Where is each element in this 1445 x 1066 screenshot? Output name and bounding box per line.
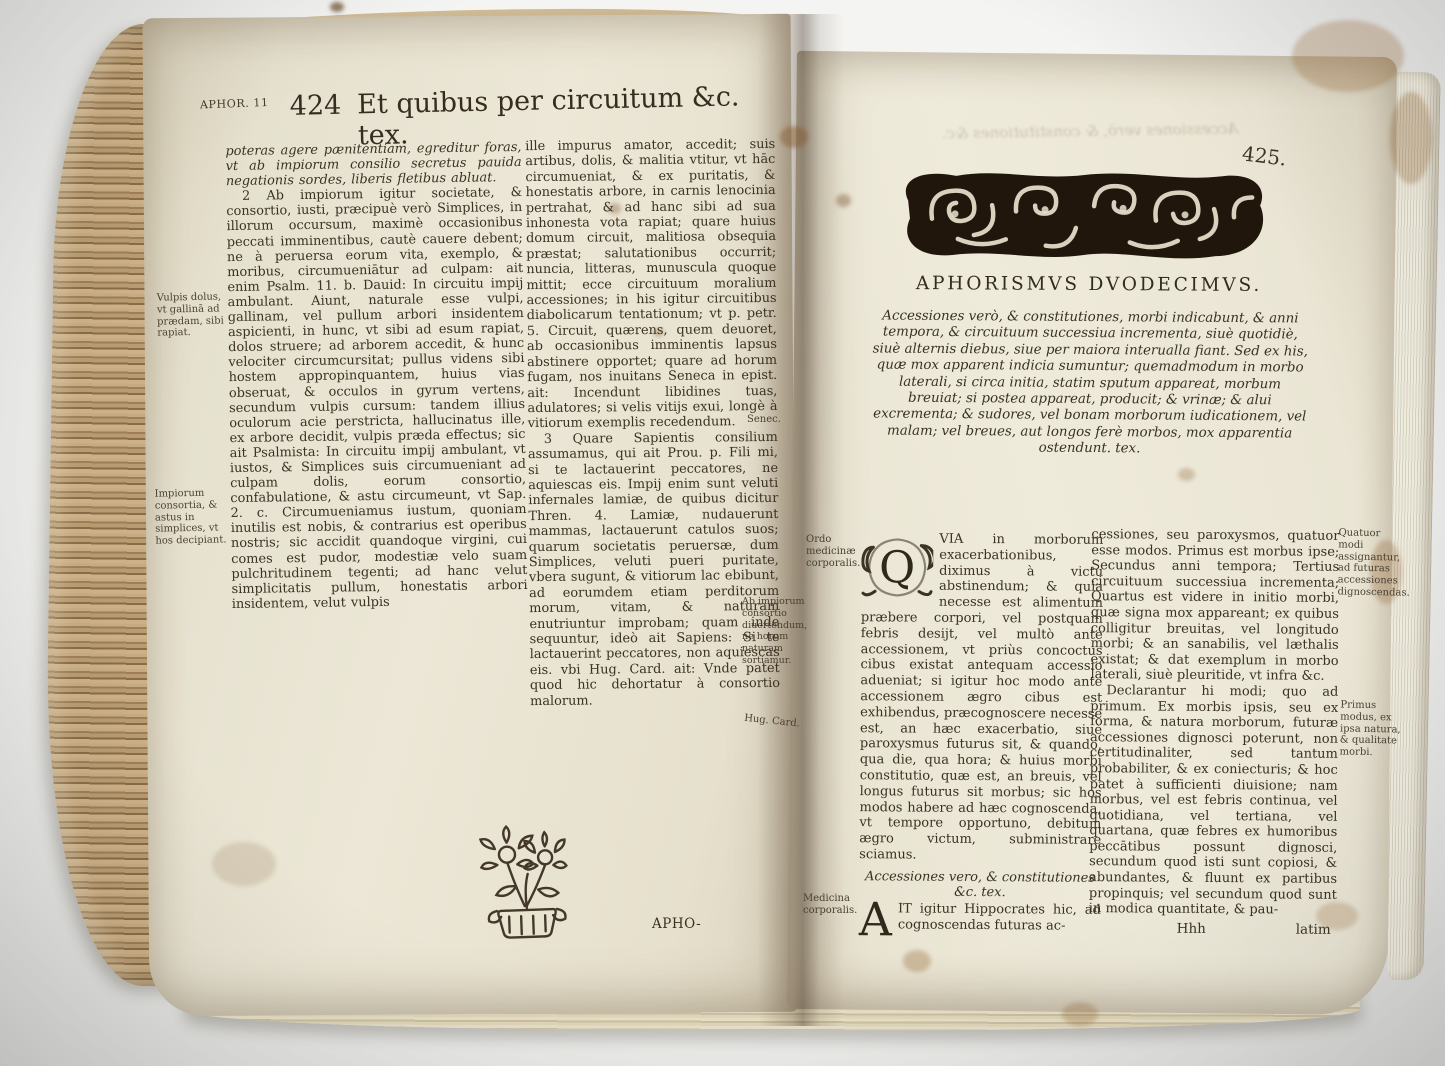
svg-text:Q: Q: [879, 542, 915, 593]
right-column-1: Q VIA in morborum exacerbationibus, dixi…: [859, 531, 1104, 945]
antique-book-photo: APHOR. 11 424 Et quibus per circuitum &c…: [0, 0, 1445, 1066]
left-column-2: ille impurus amator, accedit; suis artib…: [525, 137, 781, 787]
right-column-2: cessiones, seu paroxysmos, quatuor esse …: [1089, 527, 1340, 957]
paragraph-text: IT igitur Hippocrates hic, ad cognoscend…: [898, 901, 1101, 933]
paragraph: 3 Quare Sapientis consilium assumamus, q…: [528, 430, 780, 709]
paragraph: ille impurus amator, accedit; suis artib…: [525, 137, 778, 432]
left-signature-mark: APHOR. 11: [200, 96, 280, 112]
margin-note: Primus modus, ex ipsa natura, & qualitat…: [1339, 699, 1402, 759]
paragraph: 2 Ab impiorum igitur societate, & consor…: [226, 185, 528, 612]
gathering-signature: Hhh: [1177, 922, 1206, 938]
margin-note: Senec.: [747, 414, 799, 426]
margin-note: Ordo medicinæ corporalis.: [806, 534, 866, 569]
foxing-stain: [330, 2, 344, 12]
paragraph-quote: poteras agere pænitentiam, egreditur for…: [225, 140, 522, 189]
margin-note: Quatuor modi assignantur, ad futuras acc…: [1337, 527, 1404, 599]
margin-note: Vulpis dolus, vt gallinā ad prædam, sibi…: [157, 291, 232, 339]
margin-note: Medicina corporalis.: [803, 893, 867, 917]
margin-note: Impiorum consortia, & astus in simplices…: [154, 487, 231, 547]
aphorism-text: Accessiones verò, & constitutiones, morb…: [871, 308, 1308, 459]
left-catchword: APHO-: [652, 916, 701, 932]
paragraph: Q VIA in morborum exacerbationibus, dixi…: [859, 531, 1103, 864]
section-subheading: Accessiones vero, & constitutiones &c. t…: [859, 869, 1101, 901]
left-page-number: 424: [289, 90, 341, 122]
dropcap-q-woodcut: Q: [861, 533, 933, 604]
right-catchword: latim: [1296, 922, 1331, 938]
paragraph: cessiones, seu paroxysmos, quatuor esse …: [1090, 527, 1339, 685]
margin-note: Ab impiorum consortio diuertendum, ne ho…: [742, 596, 806, 667]
chapter-title: APHORISMVS DVODECIMVS.: [888, 273, 1290, 296]
flower-basket-woodcut: [464, 818, 588, 949]
paragraph: AIT igitur Hippocrates hic, ad cognoscen…: [859, 901, 1101, 934]
headpiece-woodcut: [898, 166, 1271, 270]
paragraph: Declarantur hi modi; quo ad primum. Ex m…: [1089, 683, 1339, 919]
left-column-1: poteras agere pænitentiam, egreditur for…: [225, 140, 530, 804]
signature-line: Hhh latim: [1089, 917, 1337, 938]
